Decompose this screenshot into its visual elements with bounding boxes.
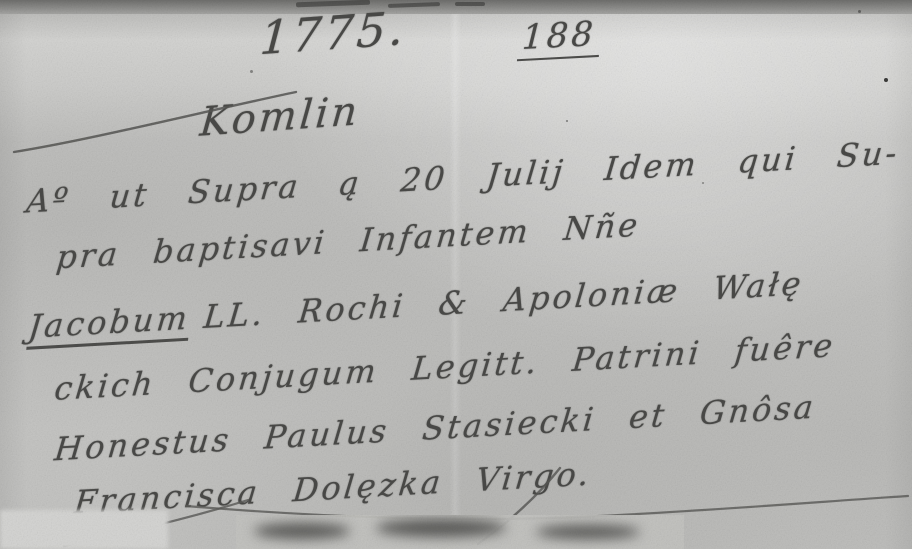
entry-line-1: Aº ut Supra ą 20 Julij Idem qui Su- xyxy=(25,133,902,220)
ink-speck xyxy=(884,78,888,82)
blurred-writing xyxy=(376,519,506,537)
blurred-writing xyxy=(536,525,640,539)
blurred-next-entry xyxy=(236,515,684,549)
entry-heading: Komlin xyxy=(198,88,362,146)
entry-line-3-rest: LL. Rochi & Apoloniæ Wałę xyxy=(202,264,806,336)
entry-line-2: pra baptisavi Infantem Nñe xyxy=(55,206,643,277)
cutoff-writing-mark xyxy=(455,2,485,6)
page-number: 188 xyxy=(517,14,601,61)
blurred-writing xyxy=(254,523,350,539)
top-edge-band xyxy=(0,0,912,14)
ink-speck xyxy=(858,10,861,13)
underlined-child-name: Jacobum xyxy=(26,299,192,350)
blurred-corner-patch xyxy=(0,510,168,549)
year-label: 1775. xyxy=(258,1,408,66)
ink-speck xyxy=(250,70,253,73)
register-scan-page: 1775. 188 Komlin Aº ut Supra ą 20 Julij … xyxy=(0,0,912,549)
ink-speck xyxy=(702,182,704,184)
ink-speck xyxy=(566,120,568,122)
